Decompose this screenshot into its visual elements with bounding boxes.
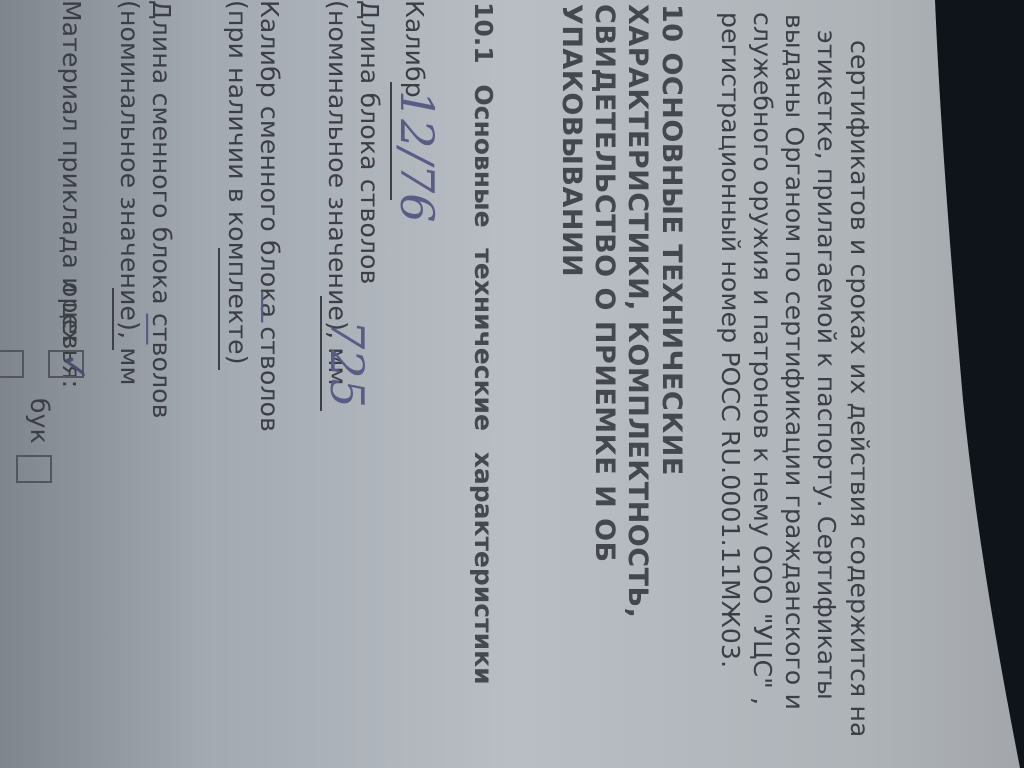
spare-length-underline <box>112 288 114 350</box>
subsection-heading: 10.1 Основные технические характеристики <box>469 2 498 685</box>
barrel-length-label-1: Длина блока стволов <box>355 0 384 285</box>
spare-length-label-1: Длина сменного блока стволов <box>147 0 176 419</box>
spare-caliber-label-1: Калибр сменного блока стволов <box>255 0 284 432</box>
check-mark-icon: ✓ <box>53 352 94 382</box>
spare-length-value[interactable]: — <box>129 312 169 346</box>
caliber-label: Калибр <box>400 0 429 98</box>
option-beech-checkbox[interactable] <box>16 455 52 483</box>
intro-line-2: этикетке, прилагаемой к паспорту. Сертиф… <box>812 30 841 700</box>
intro-line-3: выданы Органом по сертификации гражданск… <box>780 14 809 710</box>
section-heading-line-1: 10 ОСНОВНЫЕ ТЕХНИЧЕСКИЕ <box>656 4 687 476</box>
intro-line-4: служебного оружия и патронов к нему ООО … <box>748 12 777 705</box>
intro-line-1: сертификатов и сроках их действия содерж… <box>845 40 874 738</box>
spare-caliber-underline <box>218 248 220 370</box>
option-walnut-label: орех <box>57 282 86 344</box>
document-page: сертификатов и сроках их действия содерж… <box>0 0 1024 768</box>
intro-line-5: регистрационный номер РОСС RU.0001.11МЖ0… <box>716 12 745 668</box>
option-beech-label: бук <box>25 398 54 444</box>
barrel-length-value[interactable]: 725 <box>320 320 374 408</box>
section-heading-line-2: ХАРАКТЕРИСТИКИ, КОМПЛЕКТНОСТЬ, <box>622 4 653 618</box>
section-heading-line-3: СВИДЕТЕЛЬСТВО О ПРИЕМКЕ И ОБ <box>589 4 620 563</box>
caliber-value[interactable]: 12/76 <box>390 90 444 223</box>
section-heading-line-4: УПАКОВЫВАНИИ <box>556 4 587 277</box>
partial-checkbox <box>0 350 24 378</box>
spare-caliber-value[interactable]: — <box>244 290 284 324</box>
